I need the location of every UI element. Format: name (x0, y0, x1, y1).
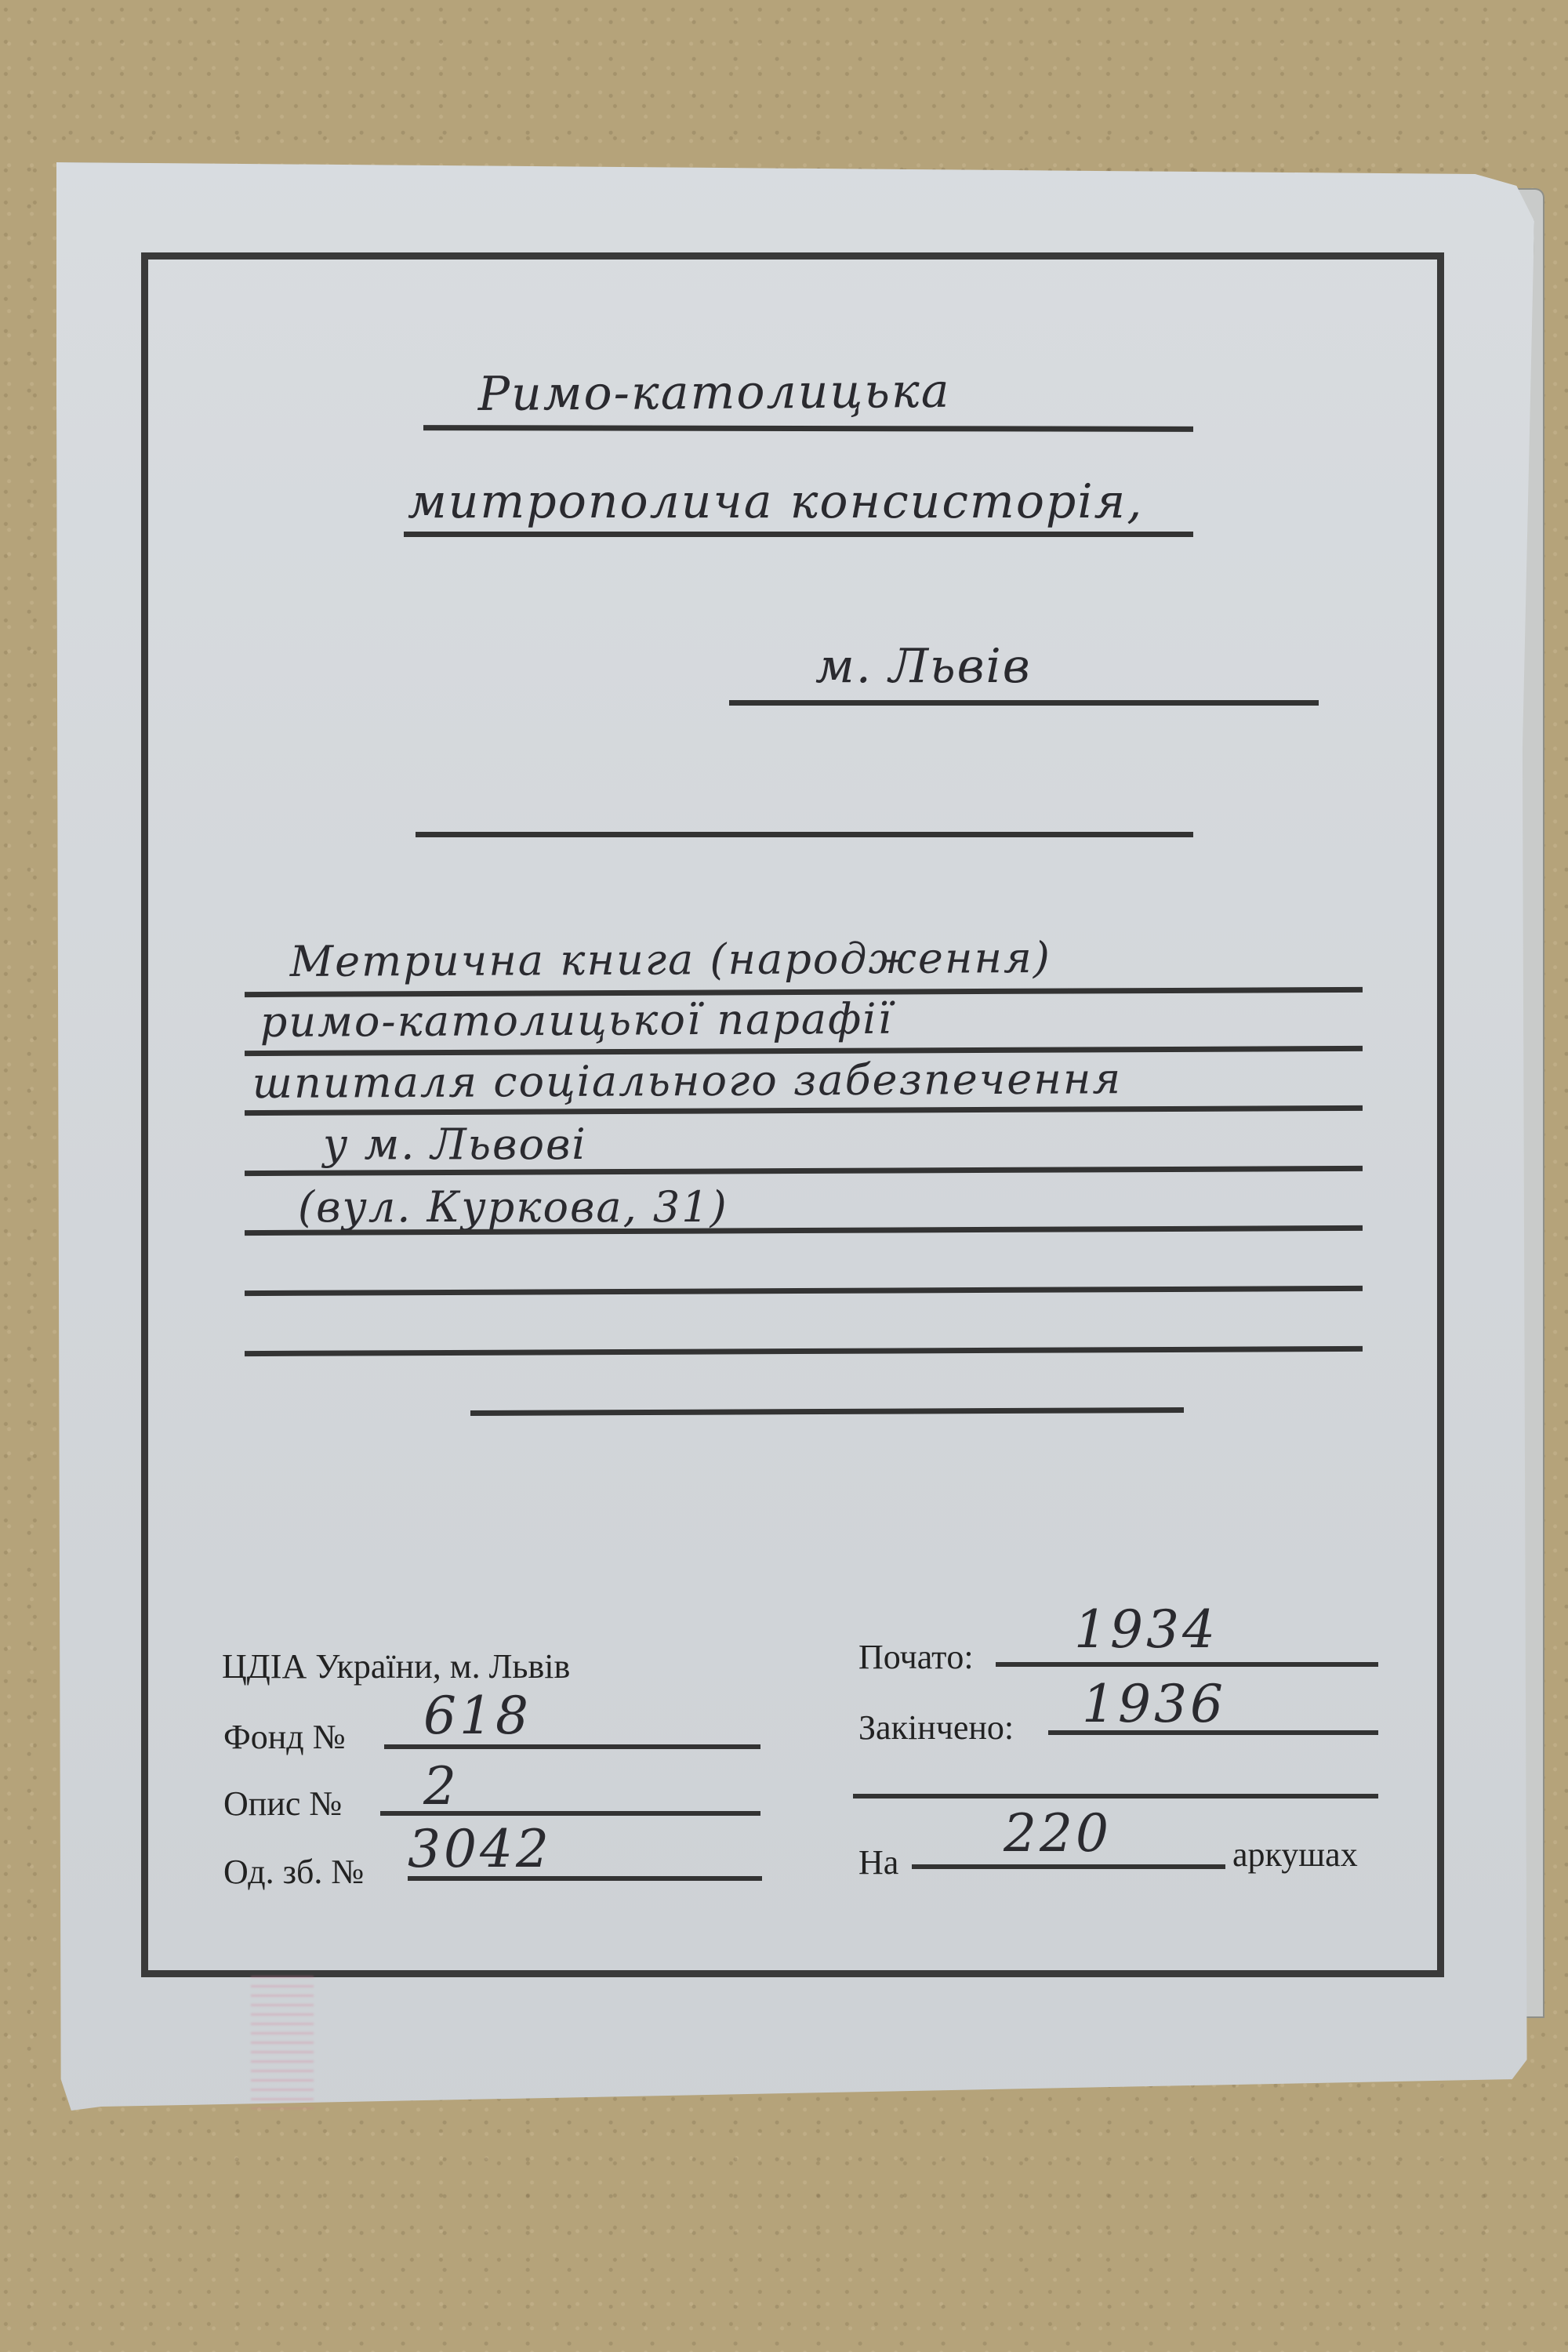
header-rule-3 (729, 700, 1319, 706)
title-line-5: (вул. Куркова, 31) (298, 1182, 728, 1232)
started-rule (996, 1662, 1378, 1667)
finished-value: 1936 (1082, 1674, 1226, 1734)
started-label: Початo: (858, 1637, 974, 1677)
header-rule-2 (404, 532, 1193, 537)
header-rule-4 (416, 832, 1193, 837)
opys-rule (380, 1811, 760, 1816)
fond-rule (384, 1744, 760, 1749)
title-line-4: у м. Львові (323, 1120, 587, 1169)
sheets-rule (912, 1864, 1225, 1869)
finished-rule (1048, 1730, 1378, 1735)
header-line-2-text: митрополича консисторія, (408, 474, 1143, 529)
title-line-1: Метрична книга (народження) (290, 933, 1051, 986)
fond-label: Фонд № (223, 1717, 346, 1757)
sheets-prefix-label: На (858, 1842, 898, 1882)
started-value: 1934 (1074, 1599, 1218, 1660)
header-line-1-text: Римо-католицька (478, 364, 951, 422)
title-line-2: римо-католицької парафії (260, 994, 893, 1047)
sheets-suffix-label: аркушах (1232, 1835, 1358, 1875)
od-zb-rule (408, 1876, 762, 1881)
faded-pink-marks (251, 1976, 314, 2109)
opys-label: Опис № (223, 1784, 342, 1824)
fond-value: 618 (423, 1686, 532, 1746)
archive-name: ЦДІА України, м. Львів (222, 1646, 570, 1686)
finished-label: Закінчено: (858, 1708, 1014, 1748)
opys-value: 2 (423, 1756, 459, 1817)
od-zb-label: Од. зб. № (223, 1852, 364, 1892)
title-line-3: шпиталя соціального забезпечення (252, 1054, 1123, 1108)
od-zb-value: 3042 (408, 1819, 552, 1879)
blank-rule (853, 1794, 1378, 1798)
sheets-value: 220 (1004, 1803, 1112, 1864)
header-city-text: м. Львів (815, 639, 1032, 694)
